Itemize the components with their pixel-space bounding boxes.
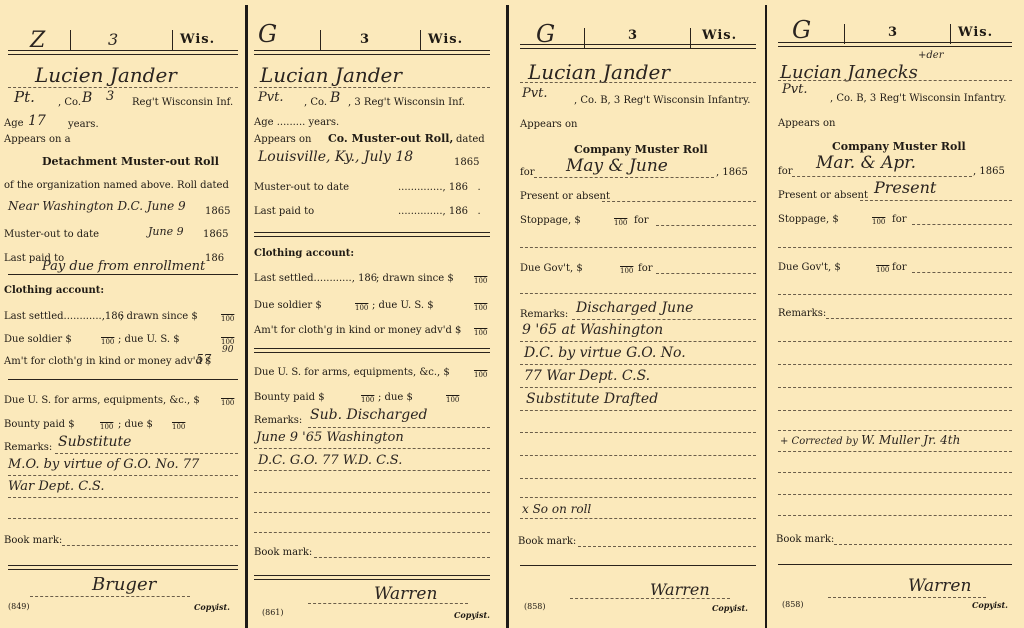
correction-note: + Corrected by W. Muller Jr. 4th bbox=[780, 433, 960, 447]
card-regiment-number: 3 bbox=[360, 32, 369, 47]
stoppage-label: Stoppage, $ bbox=[778, 214, 839, 226]
appears-label: Appears on bbox=[254, 134, 311, 146]
card-state: Wis. bbox=[180, 32, 215, 47]
roll-year-text: 1865 bbox=[722, 167, 747, 178]
present-line bbox=[860, 200, 1012, 201]
remarks-line bbox=[778, 364, 1012, 365]
header-divider bbox=[320, 30, 321, 50]
remark-line-1: Sub. Discharged bbox=[310, 407, 427, 423]
regiment-label: Reg't Wisconsin Inf. bbox=[132, 97, 233, 109]
name-line bbox=[8, 87, 238, 88]
rank: Pvt. bbox=[522, 86, 547, 101]
header-rule bbox=[520, 44, 756, 49]
copyist-signature: Warren bbox=[374, 584, 437, 604]
regiment-number: 3 bbox=[354, 97, 360, 108]
remarks-line bbox=[254, 492, 490, 493]
header-divider bbox=[70, 30, 71, 50]
cents-mark: 100 bbox=[361, 394, 374, 406]
company: B bbox=[330, 90, 340, 106]
muster-out-label: Muster-out to date bbox=[254, 182, 349, 194]
card-state: Wis. bbox=[428, 32, 463, 47]
book-mark-label: Book mark: bbox=[518, 536, 576, 548]
remarks-line bbox=[778, 515, 1012, 516]
for-value: May & June bbox=[566, 156, 668, 176]
remarks-line bbox=[572, 319, 756, 320]
soldier-name: Lucian Jander bbox=[260, 63, 402, 87]
age-text: Age bbox=[254, 117, 274, 128]
form-number: (858) bbox=[782, 600, 804, 609]
muster-out-year: 1865 bbox=[203, 229, 228, 241]
last-settled-label: Last settled............,186 bbox=[4, 311, 124, 323]
due-gov-label: Due Gov't, $ bbox=[778, 262, 841, 274]
remarks-line bbox=[520, 432, 756, 433]
roll-note: x So on roll bbox=[522, 502, 591, 516]
header-divider bbox=[172, 30, 173, 50]
roll-place-date: Near Washington D.C. June 9 bbox=[8, 199, 186, 213]
muster-out-year-text: 186 bbox=[449, 182, 468, 193]
header-rule bbox=[778, 42, 1012, 47]
bounty-due-label: ; due $ bbox=[378, 392, 413, 404]
stoppage-line-2 bbox=[778, 247, 1012, 248]
roll-title: Co. Muster-out Roll, bbox=[328, 133, 453, 145]
correction-note-text: + Corrected by bbox=[780, 436, 858, 447]
due-soldier-label: Due soldier $ bbox=[4, 334, 72, 346]
form-number: (849) bbox=[8, 602, 30, 611]
remarks-line bbox=[520, 518, 756, 519]
remark-line-2: 9 '65 at Washington bbox=[522, 322, 663, 338]
header-divider bbox=[420, 30, 421, 50]
name-correction: +der bbox=[918, 50, 943, 61]
remarks-line bbox=[778, 430, 1012, 431]
remarks-line bbox=[254, 470, 490, 471]
remarks-line bbox=[778, 410, 1012, 411]
unit-label: , Co. B, 3 Reg't Wisconsin Infantry. bbox=[830, 93, 1007, 105]
present-line bbox=[602, 201, 756, 202]
age-suffix: years. bbox=[68, 119, 99, 131]
soldier-name: Lucian Jander bbox=[528, 60, 670, 84]
company-label: , Co. bbox=[304, 97, 327, 109]
due-gov-for: for bbox=[638, 263, 653, 275]
due-soldier-label: Due soldier $ bbox=[254, 300, 322, 312]
book-mark-line bbox=[578, 546, 756, 547]
remarks-line bbox=[308, 427, 490, 428]
rank: Pvt. bbox=[258, 90, 283, 105]
stoppage-line bbox=[656, 225, 756, 226]
card-regiment-number: 3 bbox=[108, 30, 118, 49]
cents-mark: 100 bbox=[100, 421, 113, 433]
book-mark-line bbox=[314, 557, 490, 558]
roll-title: Detachment Muster-out Roll bbox=[42, 156, 219, 168]
rank: Pvt. bbox=[782, 82, 807, 97]
cents-mark: 100 bbox=[172, 421, 185, 433]
drawn-since-label: ; drawn since $ bbox=[120, 311, 198, 323]
copyist-label: Copyist. bbox=[712, 603, 748, 613]
due-gov-line bbox=[912, 272, 1012, 273]
cents-mark: 100 bbox=[876, 264, 889, 276]
last-settled-text: Last settled bbox=[254, 273, 314, 284]
card-letter: G bbox=[258, 20, 277, 48]
due-gov-line bbox=[656, 273, 756, 274]
bounty-label: Bounty paid $ bbox=[4, 419, 75, 431]
clothing-label: Clothing account: bbox=[254, 248, 354, 260]
due-gov-line-2 bbox=[778, 294, 1012, 295]
cents-mark: 100 bbox=[221, 313, 234, 325]
section-rule bbox=[8, 274, 238, 275]
name-line bbox=[520, 82, 756, 83]
stoppage-label: Stoppage, $ bbox=[520, 215, 581, 227]
due-gov-line-2 bbox=[520, 293, 756, 294]
last-paid-year: 186 bbox=[205, 253, 224, 265]
remark-line-5: Substitute Drafted bbox=[526, 391, 658, 407]
last-paid-value: Pay due from enrollment bbox=[42, 259, 205, 274]
roll-title: Company Muster Roll bbox=[832, 141, 966, 153]
header-divider bbox=[844, 24, 845, 44]
remarks-label: Remarks: bbox=[778, 308, 826, 320]
copyist-signature: Warren bbox=[650, 580, 710, 599]
remarks-line bbox=[520, 497, 756, 498]
cents-mark: 100 bbox=[474, 275, 487, 287]
remark-line-2: M.O. by virtue of G.O. No. 77 bbox=[8, 457, 199, 472]
card-state: Wis. bbox=[702, 28, 737, 43]
company: B bbox=[82, 90, 92, 106]
bounty-due-label: ; due $ bbox=[118, 419, 153, 431]
cents-mark: 100 bbox=[446, 394, 459, 406]
amt-cloth-value: 57 bbox=[196, 352, 211, 366]
roll-year: 1865 bbox=[454, 157, 479, 169]
stoppage-line bbox=[912, 224, 1012, 225]
card-letter: G bbox=[792, 16, 811, 44]
cents-mark: 100 bbox=[620, 265, 633, 277]
last-settled-year: 186 bbox=[358, 273, 377, 284]
roll-dated-label: dated bbox=[456, 134, 485, 146]
remark-line-3: War Dept. C.S. bbox=[8, 479, 104, 494]
for-line bbox=[792, 176, 972, 177]
stoppage-for: for bbox=[634, 215, 649, 227]
muster-out-label: Muster-out to date bbox=[4, 229, 99, 241]
soldier-name: Lucien Jander bbox=[35, 63, 177, 87]
footer-rule bbox=[778, 564, 1012, 565]
cents-mark: 100 bbox=[355, 302, 368, 314]
cents-mark: 100 bbox=[101, 336, 114, 348]
bounty-label: Bounty paid $ bbox=[254, 392, 325, 404]
remarks-label: Remarks: bbox=[520, 309, 568, 321]
cents-mark: 100 bbox=[474, 302, 487, 314]
age-label: Age bbox=[4, 118, 24, 130]
remarks-line bbox=[778, 494, 1012, 495]
remark-line-3: D.C. G.O. 77 W.D. C.S. bbox=[258, 453, 402, 468]
roll-year-text: 1865 bbox=[979, 166, 1004, 177]
present-label: Present or absent bbox=[520, 191, 610, 203]
regiment-label: , 3 Reg't Wisconsin Inf. bbox=[348, 97, 465, 109]
remarks-line bbox=[520, 364, 756, 365]
for-value: Mar. & Apr. bbox=[816, 153, 916, 173]
due-us-label: ; due U. S. $ bbox=[118, 334, 180, 346]
remarks-label: Remarks: bbox=[4, 442, 52, 454]
last-paid-year-text: 186 bbox=[449, 206, 468, 217]
remarks-line bbox=[778, 387, 1012, 388]
present-value: Present bbox=[874, 178, 936, 197]
copyist-label: Copyist. bbox=[454, 610, 490, 620]
age-label: Age ......... years. bbox=[254, 117, 339, 129]
remarks-line bbox=[826, 318, 1012, 319]
due-us-label: ; due U. S. $ bbox=[372, 300, 434, 312]
remarks-line bbox=[520, 478, 756, 479]
remark-line-1: Discharged June bbox=[576, 300, 693, 316]
footer-rule bbox=[254, 575, 490, 580]
remark-line-2: June 9 '65 Washington bbox=[256, 430, 404, 445]
age-suffix: years. bbox=[309, 117, 340, 128]
signature-line bbox=[828, 597, 986, 598]
header-divider bbox=[950, 24, 951, 44]
stoppage-for: for bbox=[892, 214, 907, 226]
appears-label: Appears on a bbox=[4, 134, 71, 146]
book-mark-label: Book mark: bbox=[254, 547, 312, 559]
remarks-line bbox=[778, 472, 1012, 473]
amt-cloth-label: Am't for cloth'g in kind or money adv'd … bbox=[254, 325, 461, 337]
for-label: for bbox=[520, 167, 535, 179]
section-rule bbox=[8, 379, 238, 380]
remarks-line bbox=[778, 451, 1012, 452]
service-card-1: Z 3 Wis. Lucien Jander Pt. , Co. B 3 Reg… bbox=[0, 0, 245, 628]
roll-year: , 1865 bbox=[973, 166, 1005, 178]
amt-cloth-label: Am't for cloth'g in kind or money adv'd … bbox=[4, 356, 211, 368]
remarks-line bbox=[55, 453, 238, 454]
footer-rule bbox=[8, 565, 238, 570]
cents-mark: 100 bbox=[474, 327, 487, 339]
form-number: (861) bbox=[262, 608, 284, 617]
name-line bbox=[254, 87, 490, 88]
card-regiment-number: 3 bbox=[888, 25, 897, 40]
rank: Pt. bbox=[14, 88, 35, 106]
card-separator bbox=[506, 5, 509, 628]
signature-line bbox=[30, 596, 190, 597]
last-settled-text: Last settled bbox=[4, 311, 64, 322]
remarks-line bbox=[254, 448, 490, 449]
roll-place-date: Louisville, Ky., July 18 bbox=[258, 149, 413, 165]
age-value: 17 bbox=[28, 113, 46, 129]
roll-year: 1865 bbox=[205, 206, 230, 218]
copyist-signature: Bruger bbox=[92, 574, 156, 595]
book-mark-line bbox=[834, 544, 1012, 545]
card-separator bbox=[765, 5, 767, 628]
due-gov-label: Due Gov't, $ bbox=[520, 263, 583, 275]
book-mark-label: Book mark: bbox=[776, 534, 834, 546]
remark-line-1: Substitute bbox=[58, 434, 131, 450]
service-card-3: G 3 Wis. Lucian Jander Pvt. , Co. B, 3 R… bbox=[510, 0, 765, 628]
appears-label: Appears on bbox=[520, 119, 577, 131]
due-us-arms-label: Due U. S. for arms, equipments, &c., $ bbox=[254, 367, 450, 379]
service-card-2: G 3 Wis. Lucian Jander Pvt. , Co. B , 3 … bbox=[248, 0, 505, 628]
remarks-line bbox=[520, 341, 756, 342]
muster-out-value: June 9 bbox=[148, 225, 184, 238]
header-rule bbox=[8, 50, 238, 55]
section-rule bbox=[254, 348, 490, 353]
header-rule bbox=[254, 50, 490, 55]
remarks-line bbox=[254, 532, 490, 533]
form-number: (858) bbox=[524, 602, 546, 611]
regiment-number: 3 bbox=[106, 89, 114, 104]
remarks-line bbox=[8, 475, 238, 476]
remarks-line bbox=[778, 341, 1012, 342]
remarks-line bbox=[8, 497, 238, 498]
book-mark-line bbox=[62, 545, 238, 546]
due-us-arms-label: Due U. S. for arms, equipments, &c., $ bbox=[4, 395, 200, 407]
for-line bbox=[534, 177, 714, 178]
remark-line-4: 77 War Dept. C.S. bbox=[524, 368, 650, 384]
roll-title: Company Muster Roll bbox=[574, 144, 708, 156]
unit-label: , Co. B, 3 Reg't Wisconsin Infantry. bbox=[574, 95, 751, 107]
book-mark-label: Book mark: bbox=[4, 535, 62, 547]
cents-mark: 100 bbox=[474, 369, 487, 381]
copyist-label: Copyist. bbox=[194, 602, 230, 612]
remarks-line bbox=[520, 387, 756, 388]
cents-mark: 100 bbox=[872, 216, 885, 228]
remarks-line bbox=[520, 455, 756, 456]
muster-out-year: .............., 186 . bbox=[398, 182, 481, 194]
roll-year: , 1865 bbox=[716, 167, 748, 179]
present-label: Present or absent bbox=[778, 190, 868, 202]
service-card-4: G 3 Wis. +der Lucian Janecks Pvt. , Co. … bbox=[768, 0, 1024, 628]
remark-line-3: D.C. by virtue G.O. No. bbox=[524, 345, 686, 361]
remarks-label: Remarks: bbox=[254, 415, 302, 427]
drawn-since-label: ; drawn since $ bbox=[376, 273, 454, 285]
due-gov-for: for bbox=[892, 262, 907, 274]
remarks-line bbox=[8, 518, 238, 519]
remarks-line bbox=[254, 512, 490, 513]
company-label: , Co. bbox=[58, 97, 81, 109]
stoppage-line-2 bbox=[520, 247, 756, 248]
amt-cloth-cents: 90 bbox=[222, 345, 233, 355]
last-paid-year: .............., 186 . bbox=[398, 206, 481, 218]
appears-label: Appears on bbox=[778, 118, 835, 130]
correction-signature: W. Muller Jr. 4th bbox=[861, 433, 960, 447]
footer-rule bbox=[520, 565, 756, 566]
last-paid-label: Last paid to bbox=[254, 206, 314, 218]
roll-line: of the organization named above. Roll da… bbox=[4, 180, 229, 192]
regiment-text: Reg't Wisconsin Inf. bbox=[364, 97, 465, 108]
remarks-line bbox=[520, 410, 756, 411]
last-settled-label: Last settled............, 186 bbox=[254, 273, 377, 285]
copyist-signature: Warren bbox=[908, 576, 971, 596]
cents-mark: 100 bbox=[221, 397, 234, 409]
name-line bbox=[778, 80, 1012, 81]
card-state: Wis. bbox=[958, 25, 993, 40]
card-regiment-number: 3 bbox=[628, 28, 637, 43]
section-rule bbox=[254, 232, 490, 237]
cents-mark: 100 bbox=[614, 217, 627, 229]
for-label: for bbox=[778, 166, 793, 178]
clothing-label: Clothing account: bbox=[4, 285, 104, 297]
copyist-label: Copyist. bbox=[972, 600, 1008, 610]
